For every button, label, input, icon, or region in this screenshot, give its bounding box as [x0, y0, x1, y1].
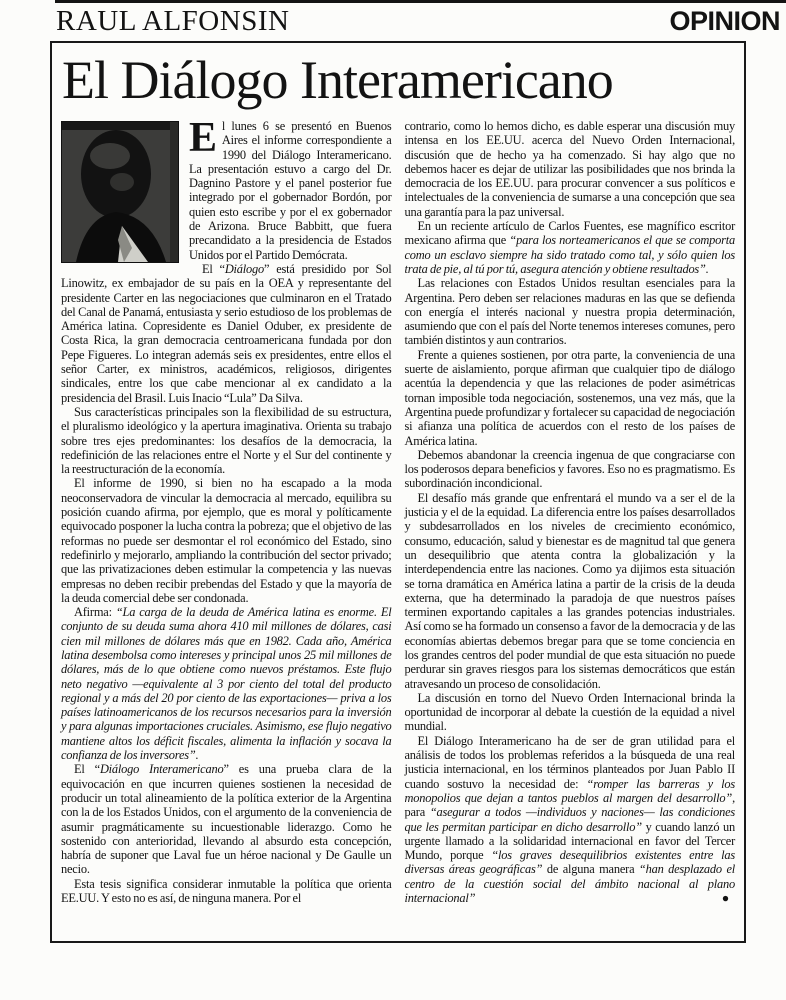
quote-text: Diálogo: [225, 262, 264, 276]
quote-text: “La carga de la deuda de América latina …: [61, 605, 392, 762]
body-text: El “: [202, 262, 225, 276]
paragraph: El Diálogo Interamericano ha de ser de g…: [405, 734, 736, 906]
paragraph: contrario, como lo hemos dicho, es dable…: [405, 119, 736, 219]
paragraph: El informe de 1990, si bien no ha escapa…: [61, 476, 392, 605]
column-left: El lunes 6 se presentó en Buenos Aires e…: [61, 119, 392, 905]
body-text: contrario, como lo hemos dicho, es dable…: [405, 119, 736, 219]
headline: El Diálogo Interamericano: [52, 43, 744, 117]
body-text: de alguna manera: [542, 862, 639, 876]
body-text: El desafío más grande que enfrentará el …: [405, 491, 736, 691]
body-text: ” es una prueba clara de la equivocación…: [61, 762, 392, 876]
body-text: La discusión en torno del Nuevo Orden In…: [405, 691, 736, 734]
article-box: El Diálogo Interamericano: [50, 41, 746, 943]
end-mark: ●: [709, 891, 729, 905]
body-text: ” está presidido por Sol Linowitz, ex em…: [61, 262, 392, 405]
quote-text: Diálogo Interamericano: [100, 762, 224, 776]
author-name: RAUL ALFONSIN: [56, 5, 289, 37]
body-text: Esta tesis significa considerar inmutabl…: [61, 877, 392, 905]
portrait-photo: [61, 121, 179, 263]
portrait-photo-graphic: [62, 122, 178, 262]
paragraph: El “Diálogo Interamericano” es una prueb…: [61, 762, 392, 876]
column-right: contrario, como lo hemos dicho, es dable…: [405, 119, 736, 905]
body-text: El “: [74, 762, 100, 776]
paragraph: Esta tesis significa considerar inmutabl…: [61, 877, 392, 906]
paragraph: Debemos abandonar la creencia ingenua de…: [405, 448, 736, 491]
paragraph: Sus características principales son la f…: [61, 405, 392, 476]
body-text: Frente a quienes sostienen, por otra par…: [405, 348, 736, 448]
paragraph: El “Diálogo” está presidido por Sol Lino…: [61, 262, 392, 405]
section-tag: OPINION: [669, 6, 780, 36]
body-text: El informe de 1990, si bien no ha escapa…: [61, 476, 392, 604]
newspaper-page: RAUL ALFONSIN OPINION El Diálogo Interam…: [0, 0, 786, 1000]
paragraph: Las relaciones con Estados Unidos result…: [405, 276, 736, 347]
masthead: RAUL ALFONSIN OPINION: [56, 5, 780, 39]
paragraph: Afirma: “La carga de la deuda de América…: [61, 605, 392, 762]
paragraph: Frente a quienes sostienen, por otra par…: [405, 348, 736, 448]
paragraph: En un reciente artículo de Carlos Fuente…: [405, 219, 736, 276]
body-text: Debemos abandonar la creencia ingenua de…: [405, 448, 736, 491]
paragraph: El desafío más grande que enfrentará el …: [405, 491, 736, 691]
paragraph: La discusión en torno del Nuevo Orden In…: [405, 691, 736, 734]
drop-cap: E: [189, 119, 222, 155]
top-rule: [55, 0, 786, 3]
article-columns: El lunes 6 se presentó en Buenos Aires e…: [52, 117, 744, 905]
body-text: Las relaciones con Estados Unidos result…: [405, 276, 736, 347]
body-text: Afirma:: [74, 605, 116, 619]
body-text: Sus características principales son la f…: [61, 405, 392, 476]
